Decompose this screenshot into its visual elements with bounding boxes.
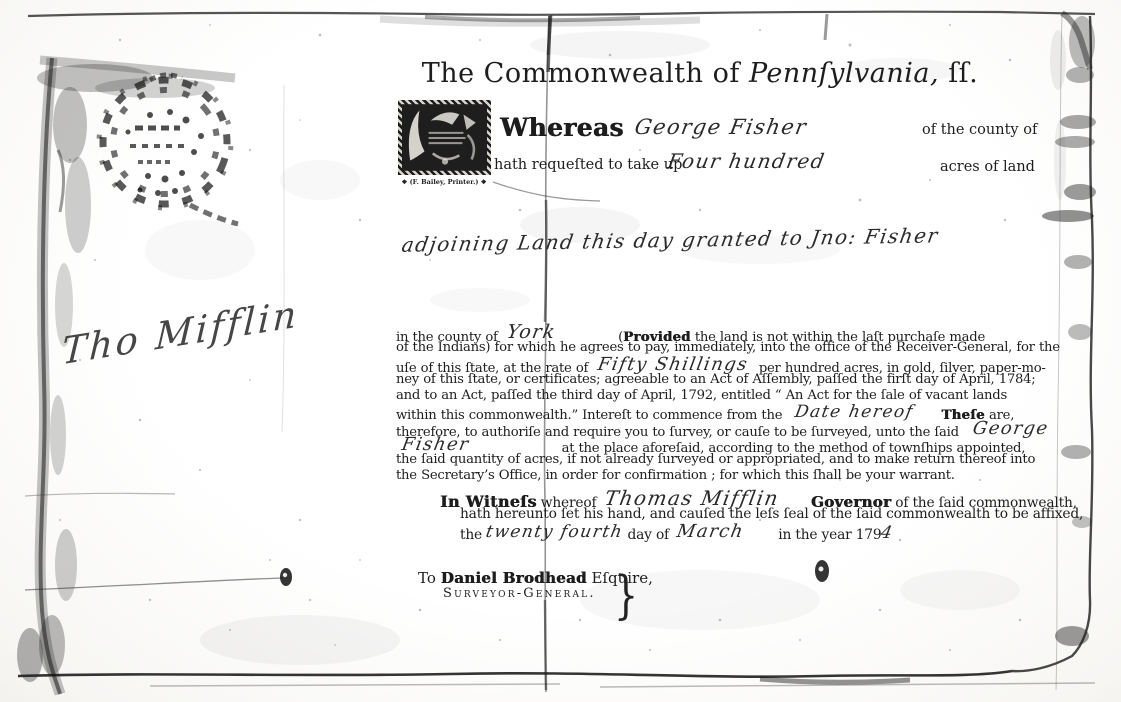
county-of-phrase: of the county of: [922, 122, 1037, 138]
year-digit-handwritten: 4: [880, 523, 896, 543]
title-prefix: The Commonwealth of: [422, 58, 740, 89]
witness-line-3: the twenty fourth day of March in the ye…: [460, 523, 894, 544]
printer-ornament: [398, 100, 491, 175]
witness-line-2: hath hereunto ſet his hand, and cauſed t…: [460, 506, 1083, 522]
witness-l3a: the: [460, 527, 482, 543]
date-hereof-handwritten: Date hereof: [793, 402, 915, 422]
body-line-5: and to an Act, paſſed the third day of A…: [396, 388, 1007, 403]
day-handwritten: twenty fourth: [484, 522, 625, 542]
address-brace: }: [614, 565, 638, 624]
acreage-handwritten: Four hundred: [666, 149, 828, 173]
ornament-flank-icon: ❖: [481, 178, 487, 186]
witness-l3c: in the year 179: [778, 527, 881, 543]
body-line-9: the ſaid quantity of acres, if not alrea…: [396, 452, 1035, 467]
ornament-flank-icon: ❖: [401, 178, 407, 186]
scanned-land-warrant: Tho Mifflin The Commonwealth of Pennſylv…: [0, 0, 1121, 702]
request-phrase: hath requeſted to take up: [494, 157, 682, 173]
printer-credit: ❖ (F. Bailey, Printer.) ❖: [394, 178, 494, 186]
woodcut-initial-icon: [402, 104, 487, 171]
acres-phrase: acres of land: [940, 159, 1035, 175]
body-line-10: the Secretary’s Office, in order for con…: [396, 468, 955, 483]
witness-l3b: day of: [628, 527, 669, 543]
body-line-2: of the Indians) for which he agrees to p…: [396, 340, 1060, 355]
whereas-label: Whereas: [500, 113, 624, 142]
grantee-name-handwritten: George Fisher: [633, 115, 809, 139]
title-suffix: ſſ.: [948, 58, 978, 89]
whereas-line: Whereas George Fisher: [500, 113, 807, 142]
body-line-4: ney of this ſtate, or certificates; agre…: [396, 372, 1035, 387]
address-to: To: [418, 569, 436, 587]
surveyor-general-title: Surveyor-General.: [443, 586, 596, 601]
surveyor-name: Daniel Brodhead: [441, 569, 587, 587]
month-handwritten: March: [675, 521, 746, 542]
printer-credit-text: (F. Bailey, Printer.): [410, 178, 479, 186]
title-state: Pennſylvania,: [749, 58, 939, 89]
document-title: The Commonwealth of Pennſylvania, ſſ.: [420, 58, 980, 89]
